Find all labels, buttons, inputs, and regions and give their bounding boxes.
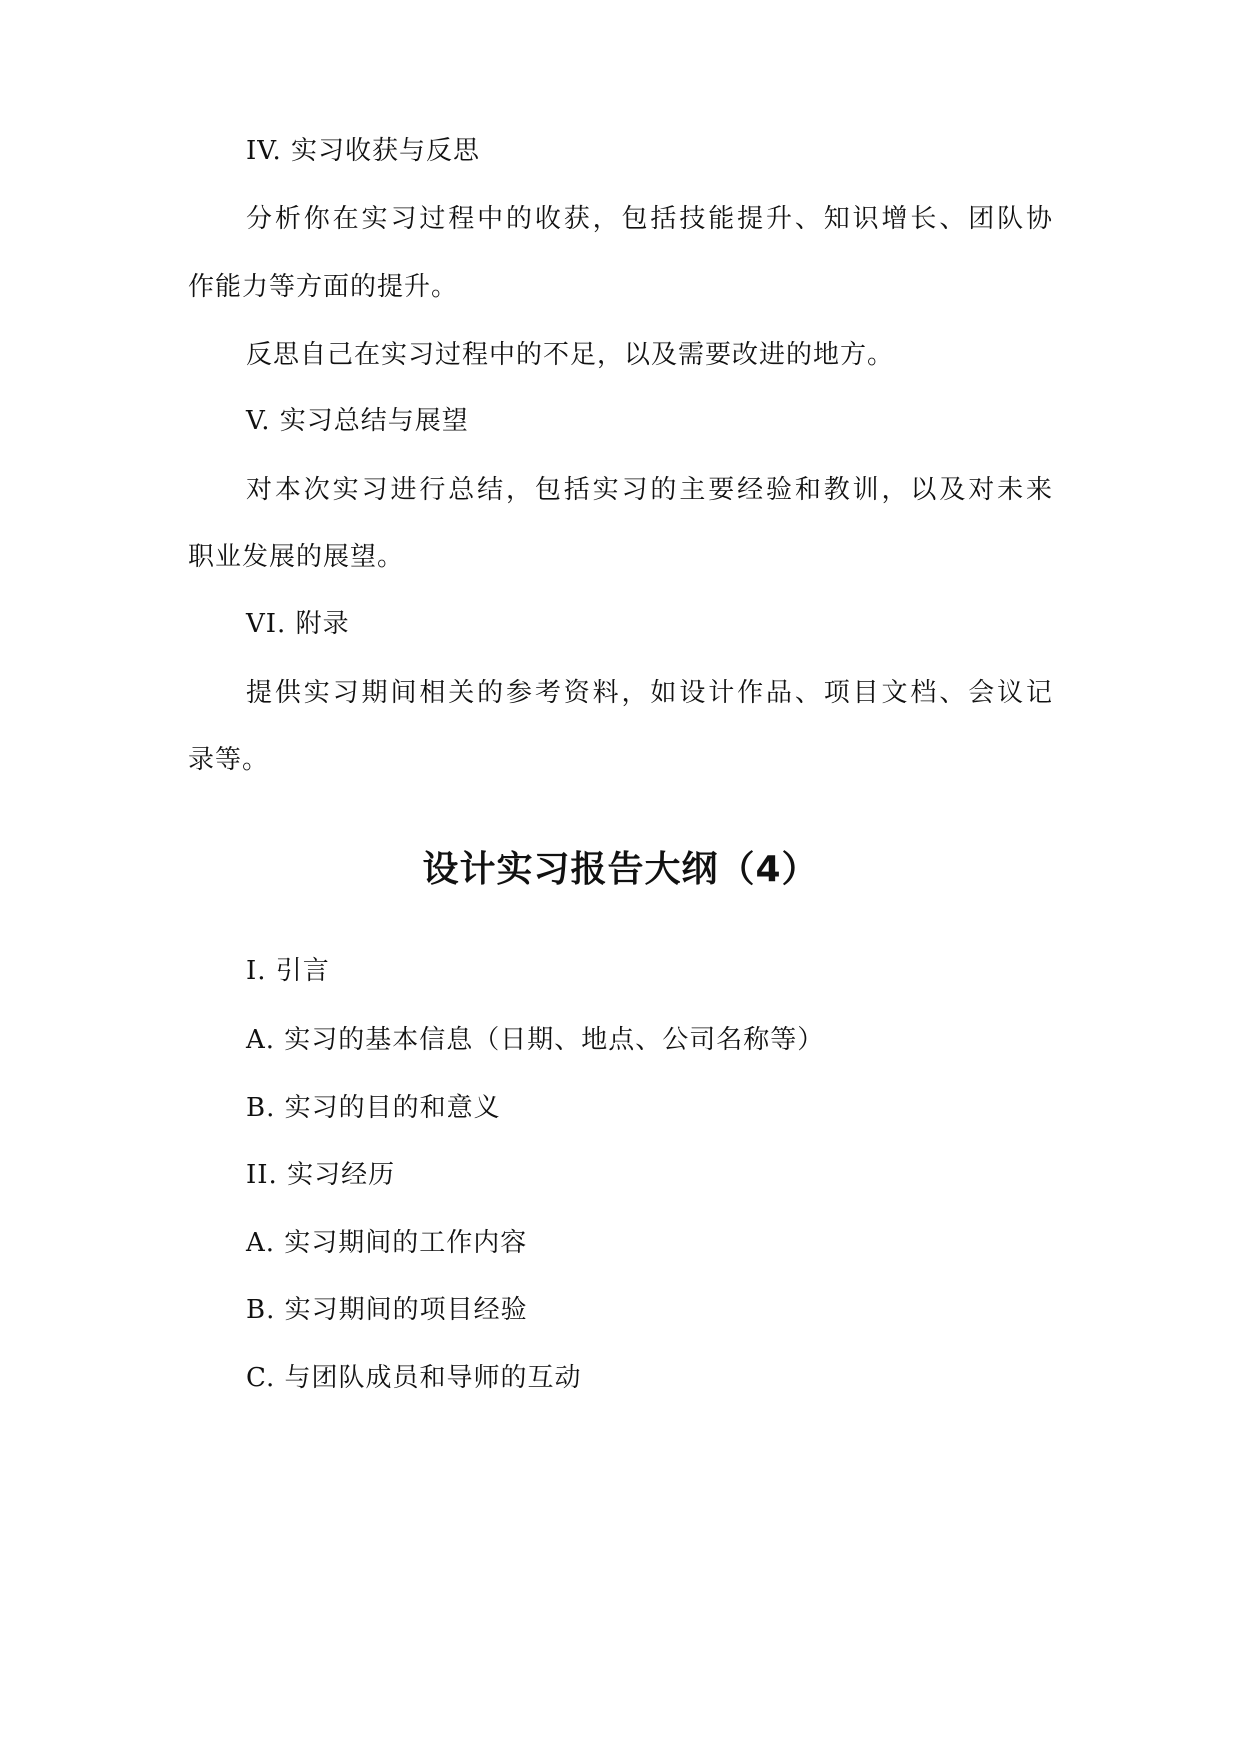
outline-item: C. 与团队成员和导师的互动 [246,1361,582,1395]
paragraph-gains-line2: 作能力等方面的提升。 [188,270,458,304]
outline-item: I. 引言 [246,954,330,988]
paragraph-appendix-line2: 录等。 [188,743,269,777]
section-heading-iv: IV. 实习收获与反思 [246,134,480,168]
paragraph-reflection: 反思自己在实习过程中的不足，以及需要改进的地方。 [246,338,894,372]
outline-item: B. 实习期间的项目经验 [246,1293,528,1327]
outline-item: B. 实习的目的和意义 [246,1091,501,1125]
section-heading-vi: VI. 附录 [246,607,350,641]
paragraph-summary-line1: 对本次实习进行总结，包括实习的主要经验和教训，以及对未来 [246,473,1053,507]
paragraph-appendix-line1: 提供实习期间相关的参考资料，如设计作品、项目文档、会议记 [246,676,1053,710]
outline-item: II. 实习经历 [246,1158,395,1192]
paragraph-summary-line2: 职业发展的展望。 [188,540,404,574]
paragraph-gains-line1: 分析你在实习过程中的收获，包括技能提升、知识增长、团队协 [246,202,1053,236]
outline-item: A. 实习的基本信息（日期、地点、公司名称等） [246,1023,824,1057]
outline-item: A. 实习期间的工作内容 [246,1226,527,1260]
outline-title: 设计实习报告大纲（4） [188,841,1053,892]
section-heading-v: V. 实习总结与展望 [246,404,469,438]
